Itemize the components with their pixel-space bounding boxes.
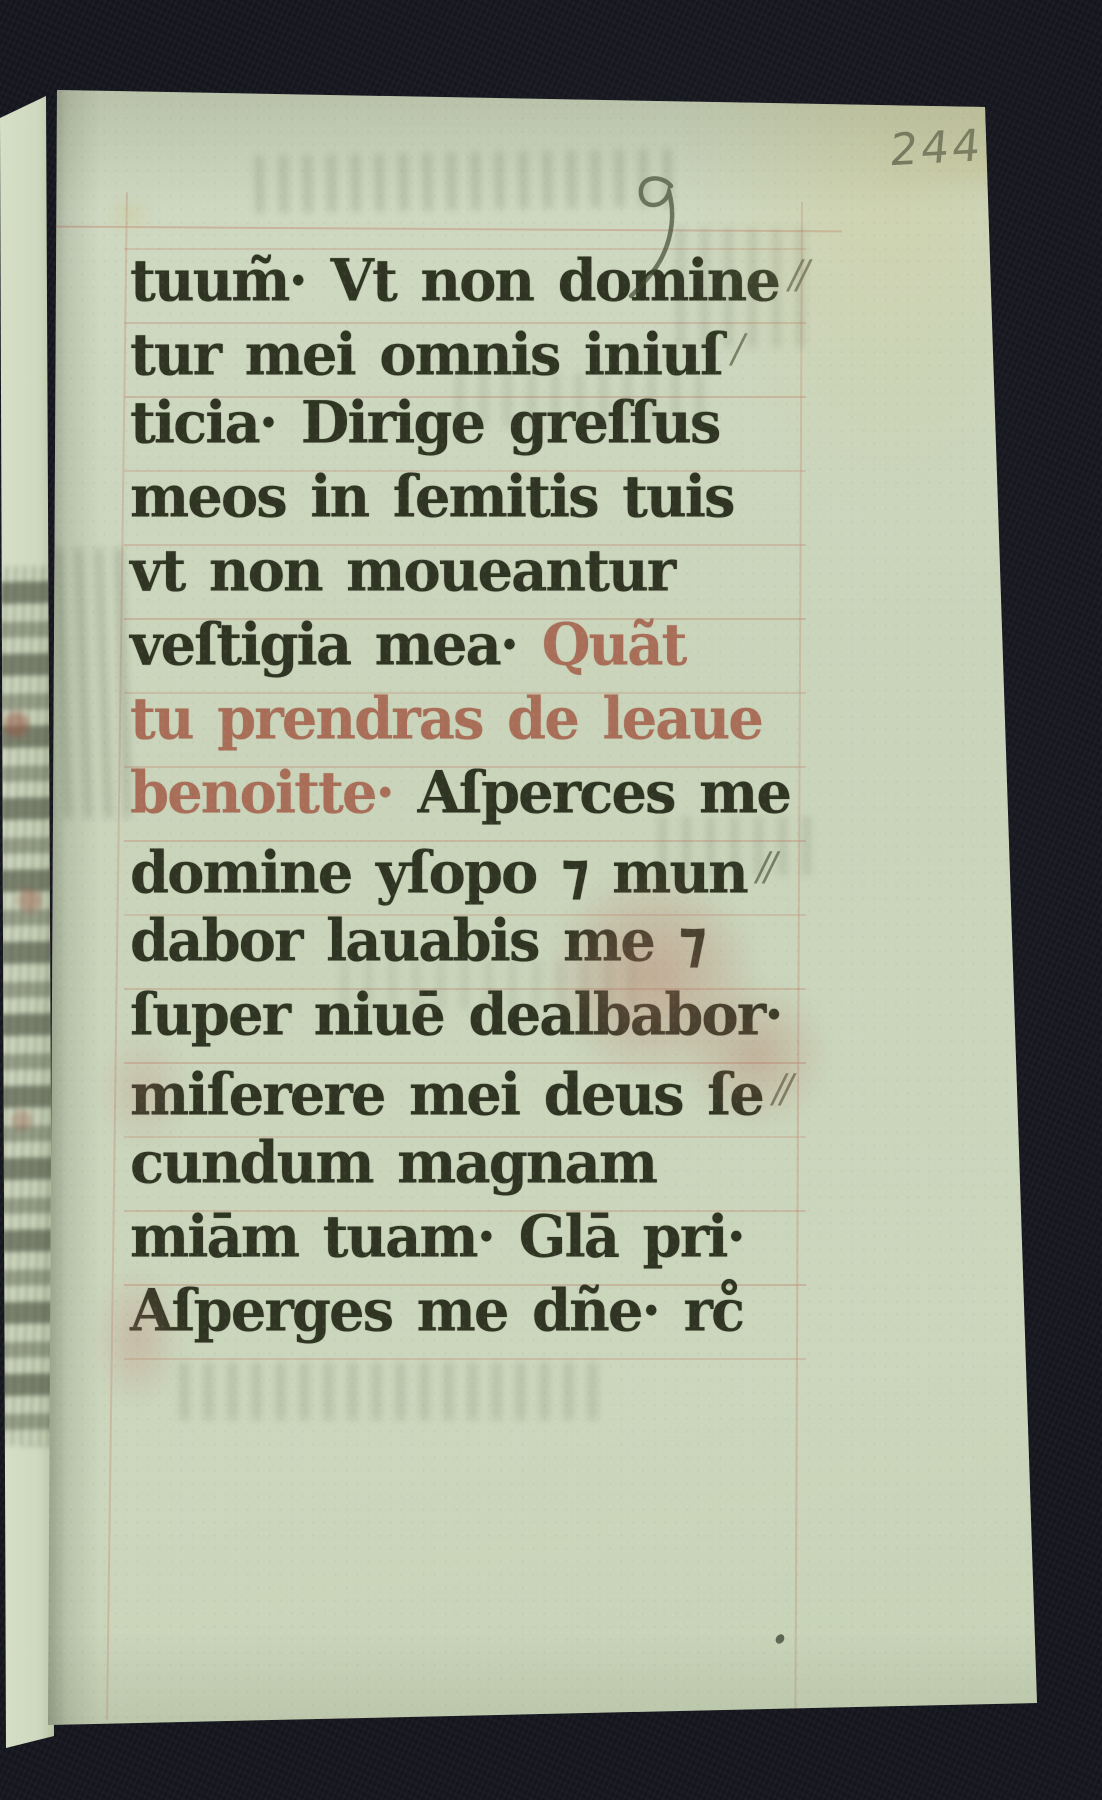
parchment-grain-texture: [40, 80, 1045, 1732]
photo-black-background: { "colors": { "background_fabric": "#151…: [0, 0, 1102, 1800]
facing-page-edge: [0, 96, 54, 1748]
facing-page-showthrough-text: [0, 566, 54, 1446]
manuscript-page: tuum̃· Vt non domine//tur mei omnis iniu…: [40, 80, 1045, 1732]
